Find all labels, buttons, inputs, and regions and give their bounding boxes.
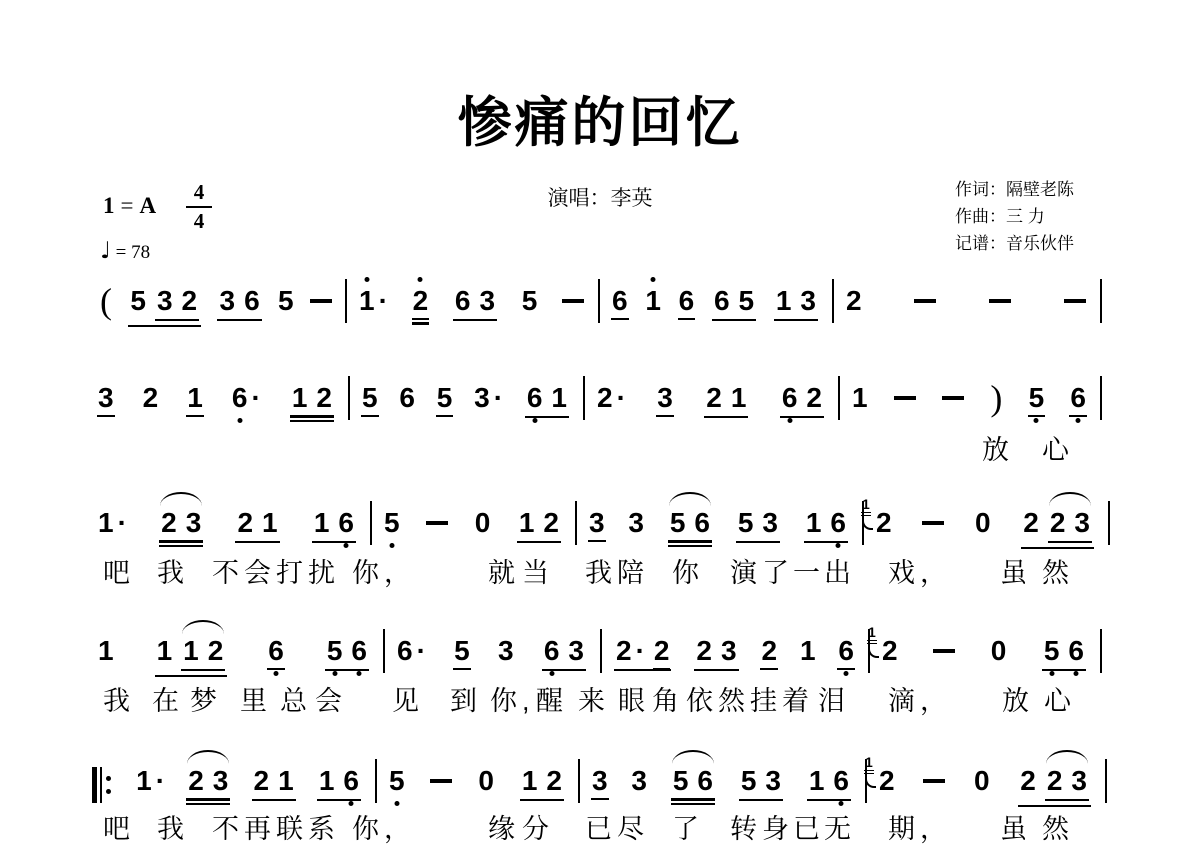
lyric-syllable: 不	[212, 560, 239, 587]
note: 3	[721, 637, 737, 665]
note: 6	[544, 637, 560, 665]
note: 1	[809, 767, 825, 795]
lyric-syllable: 泪	[818, 688, 845, 715]
dash-bar	[914, 299, 936, 303]
tempo-marking: ♩ = 78	[100, 238, 150, 266]
lyric-syllable: 再	[244, 816, 271, 843]
note-digit: 1	[98, 509, 114, 537]
repeat-dot	[106, 789, 111, 794]
beam-group: 16	[317, 767, 361, 801]
beam-group: 21	[235, 509, 279, 543]
note: 0	[478, 767, 494, 795]
note-digit: 5	[1044, 637, 1060, 665]
lyric-syllable: 分	[522, 816, 549, 843]
note: 6	[833, 767, 849, 795]
note: 2	[1020, 767, 1036, 795]
beam-line	[155, 319, 199, 322]
note-digit: 6	[679, 287, 695, 315]
note-underline	[837, 668, 855, 671]
note-digit: 2	[882, 637, 898, 665]
note-digit: 2	[654, 637, 670, 665]
note: 1·	[136, 767, 165, 795]
lyric-syllable: 身	[762, 816, 789, 843]
note: 2	[706, 384, 722, 412]
note: 1	[645, 287, 661, 315]
note: 3	[479, 287, 495, 315]
octave-dot-low	[1074, 671, 1079, 676]
note-digit: 1	[776, 287, 792, 315]
measure: 3216·12	[98, 384, 334, 422]
beam-group: 12	[520, 767, 564, 801]
augmentation-dot: ·	[494, 384, 503, 412]
note: 6·	[397, 637, 426, 665]
octave-dot-low	[344, 543, 349, 548]
time-signature-numerator: 4	[186, 182, 212, 203]
note-digit: 3	[721, 637, 737, 665]
note: 2	[254, 767, 270, 795]
augmentation-dot: ·	[617, 384, 626, 412]
barline	[345, 279, 347, 323]
beam-line	[1018, 805, 1091, 808]
note: 5	[738, 509, 754, 537]
note: 6	[1068, 637, 1084, 665]
note: 5	[327, 637, 343, 665]
beam-line	[807, 799, 851, 802]
note-digit: 6	[399, 384, 415, 412]
beam-line	[780, 416, 824, 419]
lyric-syllable: 一	[793, 560, 820, 587]
note-digit: 5	[522, 287, 538, 315]
lyric-syllable: 里	[240, 688, 267, 715]
note-underline	[588, 540, 606, 543]
note: 2	[761, 637, 777, 665]
beam-group: 56	[1042, 637, 1086, 671]
lyric-syllable: ,	[522, 688, 530, 715]
note-digit: 6	[544, 637, 560, 665]
beam-line	[704, 416, 748, 419]
note-digit: 5	[278, 287, 294, 315]
note-digit: 3	[186, 509, 202, 537]
note: 1	[292, 384, 308, 412]
note-digit: 5	[130, 287, 146, 315]
note: 1	[157, 637, 173, 665]
beam-line	[1048, 541, 1092, 544]
note-underline	[591, 798, 609, 801]
note-digit: 3	[568, 637, 584, 665]
beam-group: 23	[1045, 767, 1089, 801]
lyric-syllable: ，	[384, 816, 411, 843]
note: 2	[237, 509, 253, 537]
note: 0	[974, 767, 990, 795]
note-digit: 2	[143, 384, 159, 412]
octave-dot-low	[1049, 671, 1054, 676]
lyric-syllable: 期	[888, 816, 915, 843]
beam-line	[317, 799, 361, 802]
measure: 2·32162	[597, 384, 824, 418]
beam-line	[155, 675, 228, 678]
lyric-syllable: 总	[280, 688, 307, 715]
lyric-syllable: 我	[157, 816, 184, 843]
repeat-thick-bar	[92, 767, 97, 803]
note-digit: 2	[761, 637, 777, 665]
note: 2	[1050, 509, 1066, 537]
note: 5	[130, 287, 146, 315]
dash-note	[426, 509, 448, 537]
lyric-syllable: 吧	[103, 560, 130, 587]
note-underline	[436, 415, 454, 418]
note: 3	[1071, 767, 1087, 795]
note: 5	[739, 287, 755, 315]
note-digit: 6	[268, 637, 284, 665]
dash-note	[310, 287, 332, 315]
note-digit: 1	[519, 509, 535, 537]
lyric-syllable: 到	[450, 688, 477, 715]
transcriber-credit: 记谱：音乐伙伴	[955, 230, 1074, 257]
note: 6	[714, 287, 730, 315]
note-digit: 1	[278, 767, 294, 795]
note: 1	[319, 767, 335, 795]
lyric-syllable: 就	[488, 560, 515, 587]
beam-group: 12	[517, 509, 561, 543]
note-underline	[760, 668, 778, 671]
lyric-syllable: 出	[824, 560, 851, 587]
note: 3	[186, 509, 202, 537]
dash-note	[562, 287, 584, 315]
beam-line	[186, 798, 230, 801]
note-digit: 0	[974, 767, 990, 795]
key-number: 1	[103, 193, 115, 218]
lyric-syllable: 无	[824, 816, 851, 843]
beam-group: 56	[325, 637, 369, 671]
note-digit: 6	[244, 287, 260, 315]
note-digit: 6	[343, 767, 359, 795]
beam-group: 112	[155, 637, 228, 677]
note: 1·	[359, 287, 388, 315]
beam-group: 223	[1021, 509, 1094, 549]
octave-dot-low	[349, 801, 354, 806]
note: 5	[673, 767, 689, 795]
song-title: 惨痛的回忆	[0, 92, 1200, 154]
barline	[862, 501, 864, 545]
note-digit: 6	[830, 509, 846, 537]
note-digit: 6	[714, 287, 730, 315]
slur-arc	[669, 492, 711, 506]
note: 3	[157, 287, 173, 315]
note-digit: 2	[208, 637, 224, 665]
lyric-syllable: 挂	[750, 688, 777, 715]
note: 1	[262, 509, 278, 537]
octave-dot-low	[237, 418, 242, 423]
octave-dot-low	[394, 801, 399, 806]
note-digit: 3	[657, 384, 673, 412]
beam-group: 2·2	[614, 637, 671, 671]
beam-group: 63	[542, 637, 586, 671]
note: 21	[876, 509, 892, 537]
dash-note	[933, 637, 955, 665]
dash-bar	[1064, 299, 1086, 303]
dash-bar	[933, 649, 955, 653]
beam-group: 16	[312, 509, 356, 543]
octave-dot-high	[418, 277, 423, 282]
dash-note	[914, 287, 936, 315]
beam-line	[181, 669, 225, 672]
note: 2	[182, 287, 198, 315]
note-digit: 2	[237, 509, 253, 537]
beam-line	[774, 319, 818, 322]
octave-dot-low	[332, 671, 337, 676]
note-digit: 5	[670, 509, 686, 537]
lyric-syllable: 戏	[888, 560, 915, 587]
beam-line	[517, 541, 561, 544]
lyric-syllable: 在	[152, 688, 179, 715]
beam-line	[736, 541, 780, 544]
note: 6	[268, 637, 284, 665]
note: 6	[399, 384, 415, 412]
note-digit: 1	[809, 767, 825, 795]
note-digit: 3	[628, 509, 644, 537]
lyric-syllable: 滴	[888, 688, 915, 715]
paren: )	[990, 384, 1002, 412]
note: 1	[522, 767, 538, 795]
barline	[370, 501, 372, 545]
measure: 2	[846, 287, 1086, 315]
note-digit: 2	[188, 767, 204, 795]
note: 2	[1047, 767, 1063, 795]
beam-group: 63	[453, 287, 497, 321]
note-digit: 3	[1071, 767, 1087, 795]
beam-line	[217, 319, 261, 322]
beam-line	[159, 545, 203, 548]
lyric-syllable: 会	[315, 688, 342, 715]
note-digit: 3	[474, 384, 490, 412]
note-digit: 1	[98, 637, 114, 665]
note-digit: 2	[696, 637, 712, 665]
lyric-syllable: 然	[718, 688, 745, 715]
note-digit: 3	[800, 287, 816, 315]
beam-group: 36	[217, 287, 261, 321]
repeat-dots	[106, 767, 111, 803]
octave-dot-low	[357, 671, 362, 676]
note-underline	[453, 668, 471, 671]
beam-line	[252, 799, 296, 802]
note-digit: 3	[498, 637, 514, 665]
key-signature: 1=A	[103, 194, 156, 217]
dash-note	[922, 509, 944, 537]
note: 3	[628, 509, 644, 537]
note: 3	[219, 287, 235, 315]
barline	[1100, 376, 1102, 420]
beam-line	[453, 319, 497, 322]
note-digit: 3	[479, 287, 495, 315]
lyric-syllable: 然	[1042, 816, 1069, 843]
octave-dot-low	[389, 543, 394, 548]
note-digit: 0	[991, 637, 1007, 665]
note: 5	[670, 509, 686, 537]
beam-group: 56	[671, 767, 715, 805]
note: 6	[455, 287, 471, 315]
note: 2	[161, 509, 177, 537]
note: 2	[546, 767, 562, 795]
slur-group: 23	[186, 767, 230, 805]
note-digit: 5	[454, 637, 470, 665]
note-digit: 5	[362, 384, 378, 412]
note-underline	[656, 415, 674, 418]
note: 2	[806, 384, 822, 412]
slur-arc	[160, 492, 202, 506]
note-digit: 2	[1050, 509, 1066, 537]
note-digit: 3	[213, 767, 229, 795]
note: 5	[278, 287, 294, 315]
note-digit: 2	[616, 637, 632, 665]
lyric-syllable: 会	[244, 560, 271, 587]
note-underline	[412, 322, 430, 325]
lyric-syllable: 不	[212, 816, 239, 843]
note: 1·	[98, 509, 127, 537]
note: 2	[654, 637, 670, 665]
octave-dot-low	[836, 543, 841, 548]
note-digit: 2	[706, 384, 722, 412]
note-underline	[412, 318, 430, 321]
tempo-value: = 78	[116, 242, 150, 263]
lyric-syllable: 来	[578, 688, 605, 715]
barline	[575, 501, 577, 545]
measure: 33565316	[592, 767, 851, 805]
quarter-note-icon: ♩	[100, 238, 111, 264]
note-digit: 5	[673, 767, 689, 795]
lyric-syllable: ，	[920, 816, 947, 843]
lyric-syllable: 放	[1002, 688, 1029, 715]
octave-dot-low	[787, 418, 792, 423]
note: 3	[762, 509, 778, 537]
note-digit: 2	[182, 287, 198, 315]
note: 2	[543, 509, 559, 537]
note-digit: 3	[592, 767, 608, 795]
measure: 210223	[876, 509, 1094, 549]
note: 2	[696, 637, 712, 665]
note-digit: 1	[800, 637, 816, 665]
note: 1	[183, 637, 199, 665]
lyric-syllable: 虽	[1000, 560, 1027, 587]
barline	[1108, 501, 1110, 545]
note: 2	[413, 287, 429, 315]
note-digit: 6	[694, 509, 710, 537]
time-signature-denominator: 4	[186, 211, 212, 232]
note-underline	[361, 415, 379, 418]
note: 1	[314, 509, 330, 537]
lyric-syllable: 你	[352, 560, 379, 587]
note-digit: 1	[645, 287, 661, 315]
note: 2·	[616, 637, 645, 665]
composer-credit: 作曲：三 力	[955, 203, 1074, 230]
lyric-syllable: 心	[1044, 688, 1071, 715]
note-digit: 2	[316, 384, 332, 412]
note: 0	[991, 637, 1007, 665]
lyric-syllable: 尽	[617, 816, 644, 843]
lyric-syllable: 陪	[617, 560, 644, 587]
lyric-syllable: 吧	[103, 816, 130, 843]
dash-note	[894, 384, 916, 412]
measure: 1112656	[98, 637, 369, 677]
slur-group: 23	[1045, 767, 1089, 801]
note: 3	[589, 509, 605, 537]
lyric-syllable: 眼	[618, 688, 645, 715]
beam-group: 532	[128, 287, 201, 327]
barline	[838, 376, 840, 420]
dash-bar	[562, 299, 584, 303]
note-digit: 6	[782, 384, 798, 412]
note-digit: 6	[697, 767, 713, 795]
barline	[1100, 279, 1102, 323]
note-digit: 2	[546, 767, 562, 795]
beam-group: 23	[1048, 509, 1092, 543]
credits-block: 作词：隔壁老陈 作曲：三 力 记谱：音乐伙伴	[955, 176, 1074, 257]
note-digit: 5	[389, 767, 405, 795]
slur-group: 23	[159, 509, 203, 547]
measure: 1·2635	[359, 287, 584, 321]
note-digit: 1	[136, 767, 152, 795]
barline	[375, 759, 377, 803]
beam-group: 61	[525, 384, 569, 418]
measure: 2·223216	[614, 637, 854, 671]
beam-group: 23	[186, 767, 230, 805]
note-underline	[611, 318, 629, 321]
note: 6	[782, 384, 798, 412]
note: 5	[437, 384, 453, 412]
note-digit: 2	[1047, 767, 1063, 795]
note: 21	[882, 637, 898, 665]
beam-group: 16	[804, 509, 848, 543]
note: 2·	[597, 384, 626, 412]
note-digit: 2	[876, 509, 892, 537]
note-digit: 6	[397, 637, 413, 665]
augmentation-dot: ·	[417, 637, 426, 665]
note: 5	[522, 287, 538, 315]
lyric-syllable: 已	[793, 816, 820, 843]
note-digit: 5	[384, 509, 400, 537]
note: 6	[244, 287, 260, 315]
dash-note	[1064, 287, 1086, 315]
note-underline	[186, 415, 204, 418]
augmentation-dot: ·	[118, 509, 127, 537]
lyricist-credit: 作词：隔壁老陈	[955, 176, 1074, 203]
barline	[865, 759, 867, 803]
slur-group: 56	[668, 509, 712, 547]
beam-line	[520, 799, 564, 802]
note: 6	[697, 767, 713, 795]
note-digit: 6	[1070, 384, 1086, 412]
slur-arc	[187, 750, 229, 764]
slur-group: 56	[671, 767, 715, 805]
beam-group: 53	[736, 509, 780, 543]
note-digit: 3	[157, 287, 173, 315]
augmentation-dot: ·	[251, 384, 260, 412]
note: 2	[143, 384, 159, 412]
octave-dot-low	[844, 671, 849, 676]
barline	[1100, 629, 1102, 673]
beam-line	[694, 669, 738, 672]
note-digit: 2	[879, 767, 895, 795]
note-digit: 3	[589, 509, 605, 537]
note: 0	[975, 509, 991, 537]
beam-line	[614, 669, 671, 672]
slur-arc	[672, 750, 714, 764]
note: 6	[838, 637, 854, 665]
note-digit: 1	[806, 509, 822, 537]
note: 2	[188, 767, 204, 795]
note-digit: 2	[413, 287, 429, 315]
octave-dot-low	[549, 671, 554, 676]
measure: 33565316	[589, 509, 848, 547]
